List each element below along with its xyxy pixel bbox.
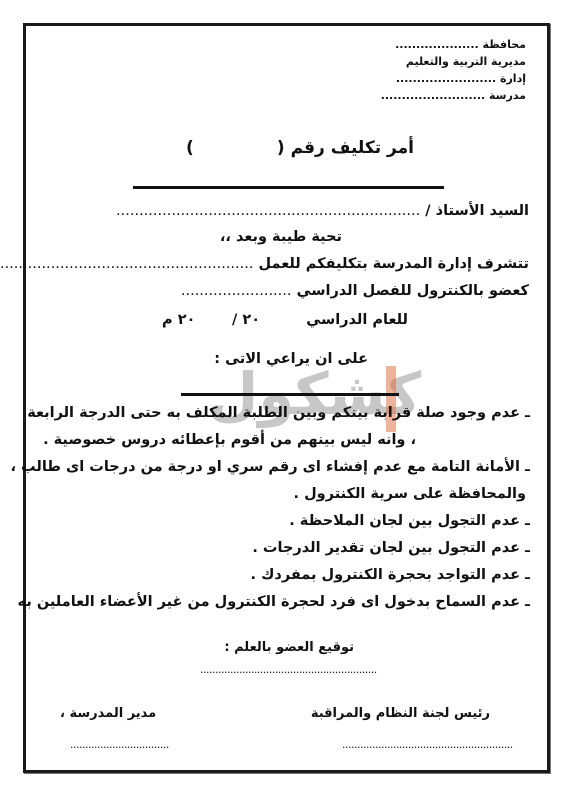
committee-head-signature-line: ........................................… [342,738,513,751]
header-directorate: مديرية التربية والتعليم [406,53,526,70]
addressee-line: السيد الأستاذ / ........................… [116,203,529,219]
title-underline [133,186,444,189]
assign-text: تتشرف إدارة المدرسة بتكليفكم للعمل [259,256,529,272]
addressee-dots: ........................................… [116,203,420,219]
condition-item: ـ عدم التجول بين لجان الملاحظة . [289,513,530,529]
conditions-underline [181,393,399,396]
academic-year-part1: ٢٠ / [232,312,260,328]
condition-item: ـ الأمانة التامة مع عدم إفشاء اى رقم سري… [10,459,530,475]
document-title: أمر تكليف رقم ( [277,138,414,158]
condition-item-continuation: والمحافظة على سرية الكنترول . [294,486,526,502]
academic-year-part2: ٢٠ م [162,312,195,328]
title-close-paren: ) [186,138,194,158]
principal-label: مدير المدرسة ، [60,706,156,721]
addressee-label: السيد الأستاذ / [425,203,529,219]
condition-item: ـ عدم التواجد بحجرة الكنترول بمفردك . [251,567,530,583]
member-line: كعضو بالكنترول للفصل الدراسي ...........… [181,283,529,299]
condition-item: ـ عدم السماح بدخول اى فرد لحجرة الكنترول… [18,594,530,610]
header-governorate: محافظة .................... [395,36,526,53]
assign-dots: ........................................… [0,256,253,272]
assign-line: تتشرف إدارة المدرسة بتكليفكم للعمل .....… [0,256,529,272]
header-administration: إدارة ........................ [396,70,526,87]
member-dots: ........................ [181,283,292,299]
member-signature-line: ........................................… [200,663,377,676]
greeting: تحية طيبة وبعد ،، [220,229,342,245]
header-school: مدرسة ......................... [381,87,526,104]
member-text: كعضو بالكنترول للفصل الدراسي [297,283,529,299]
conditions-heading: على ان يراعي الاتى : [214,351,368,367]
watermark-accent-bar [386,366,396,432]
member-signature-label: توقيع العضو بالعلم : [224,640,354,655]
academic-year-label: للعام الدراسي [306,312,408,328]
condition-item-continuation: ، وانه ليس بينهم من أقوم بإعطائه دروس خص… [43,432,416,448]
condition-item: ـ عدم وجود صلة قرابة بينكم وبين الطلبة ا… [27,405,530,421]
principal-signature-line: ................................. [70,738,169,751]
committee-head-label: رئيس لجنة النظام والمراقبة [311,706,490,721]
condition-item: ـ عدم التجول بين لجان تقدير الدرجات . [252,540,530,556]
